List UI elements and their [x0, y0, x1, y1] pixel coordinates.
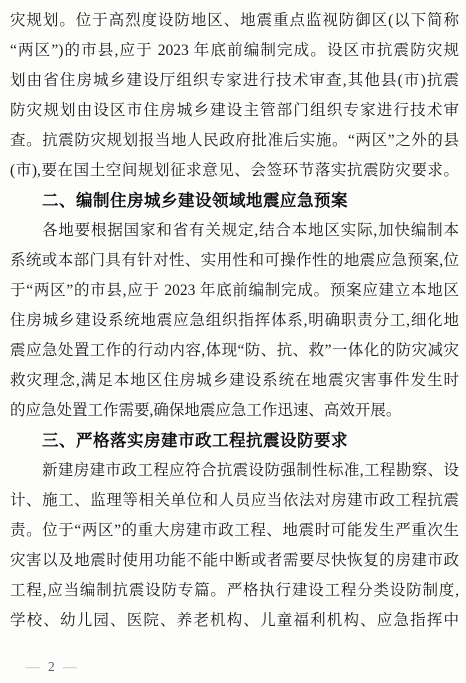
text-line: “两区”)的市县,应于 2023 年底前编制完成。设区市抗震防灾规: [10, 36, 459, 66]
text-line: 学校、幼儿园、医院、养老机构、儿童福利机构、应急指挥中心、应急: [10, 606, 459, 636]
text-line: 住房城乡建设系统地震应急组织指挥体系,明确职责分工,细化地: [10, 306, 459, 336]
text-line: 的应急处置工作需要,确保地震应急工作迅速、高效开展。: [10, 396, 459, 426]
document-body: 灾规划。位于高烈度设防地区、地震重点监视防御区(以下简称“两区”)的市县,应于 …: [10, 6, 459, 636]
section-heading: 二、编制住房城乡建设领域地震应急预案: [10, 186, 459, 216]
text-line: 查。抗震防灾规划报当地人民政府批准后实施。“两区”之外的县: [10, 126, 459, 156]
text-line: 震应急处置工作的行动内容,体现“防、抗、救”一体化的防灾减灾: [10, 336, 459, 366]
page-number: —2—: [26, 658, 77, 676]
text-line: 计、施工、监理等相关单位和人员应当依法对房建市政工程抗震负: [10, 486, 459, 516]
text-line: 责。位于“两区”的重大房建市政工程、地震时可能发生严重次生: [10, 516, 459, 546]
text-line: 防灾规划由设区市住房城乡建设主管部门组织专家进行技术审: [10, 96, 459, 126]
text-line: (市),要在国土空间规划征求意见、会签环节落实抗震防灾要求。: [10, 156, 459, 186]
document-page: 灾规划。位于高烈度设防地区、地震重点监视防御区(以下简称“两区”)的市县,应于 …: [0, 0, 466, 683]
text-line: 灾害以及地震时使用功能不能中断或者需要尽快恢复的房建市政: [10, 546, 459, 576]
heading-text-line: 三、严格落实房建市政工程抗震设防要求: [10, 426, 459, 456]
page-number-left-dash: —: [26, 660, 40, 675]
text-line: 工程,应当编制抗震设防专篇。严格执行建设工程分类设防制度,: [10, 576, 459, 606]
paragraph: 新建房建市政工程应符合抗震设防强制性标准,工程勘察、设计、施工、监理等相关单位和…: [10, 456, 459, 636]
section-heading: 三、严格落实房建市政工程抗震设防要求: [10, 426, 459, 456]
text-line: 于“两区”的市县,应于 2023 年底前编制完成。预案应建立本地区: [10, 276, 459, 306]
text-line: 救灾理念,满足本地区住房城乡建设系统在地震灾害事件发生时: [10, 366, 459, 396]
text-line: 划由省住房城乡建设厅组织专家进行技术审查,其他县(市)抗震: [10, 66, 459, 96]
text-line: 各地要根据国家和省有关规定,结合本地区实际,加快编制本: [10, 216, 459, 246]
page-number-right-dash: —: [63, 660, 77, 675]
page-number-value: 2: [48, 659, 55, 674]
heading-text-line: 二、编制住房城乡建设领域地震应急预案: [10, 186, 459, 216]
text-line: 灾规划。位于高烈度设防地区、地震重点监视防御区(以下简称: [10, 6, 459, 36]
paragraph: 灾规划。位于高烈度设防地区、地震重点监视防御区(以下简称“两区”)的市县,应于 …: [10, 6, 459, 186]
text-line: 系统或本部门具有针对性、实用性和可操作性的地震应急预案,位: [10, 246, 459, 276]
paragraph: 各地要根据国家和省有关规定,结合本地区实际,加快编制本系统或本部门具有针对性、实…: [10, 216, 459, 426]
text-line: 新建房建市政工程应符合抗震设防强制性标准,工程勘察、设: [10, 456, 459, 486]
